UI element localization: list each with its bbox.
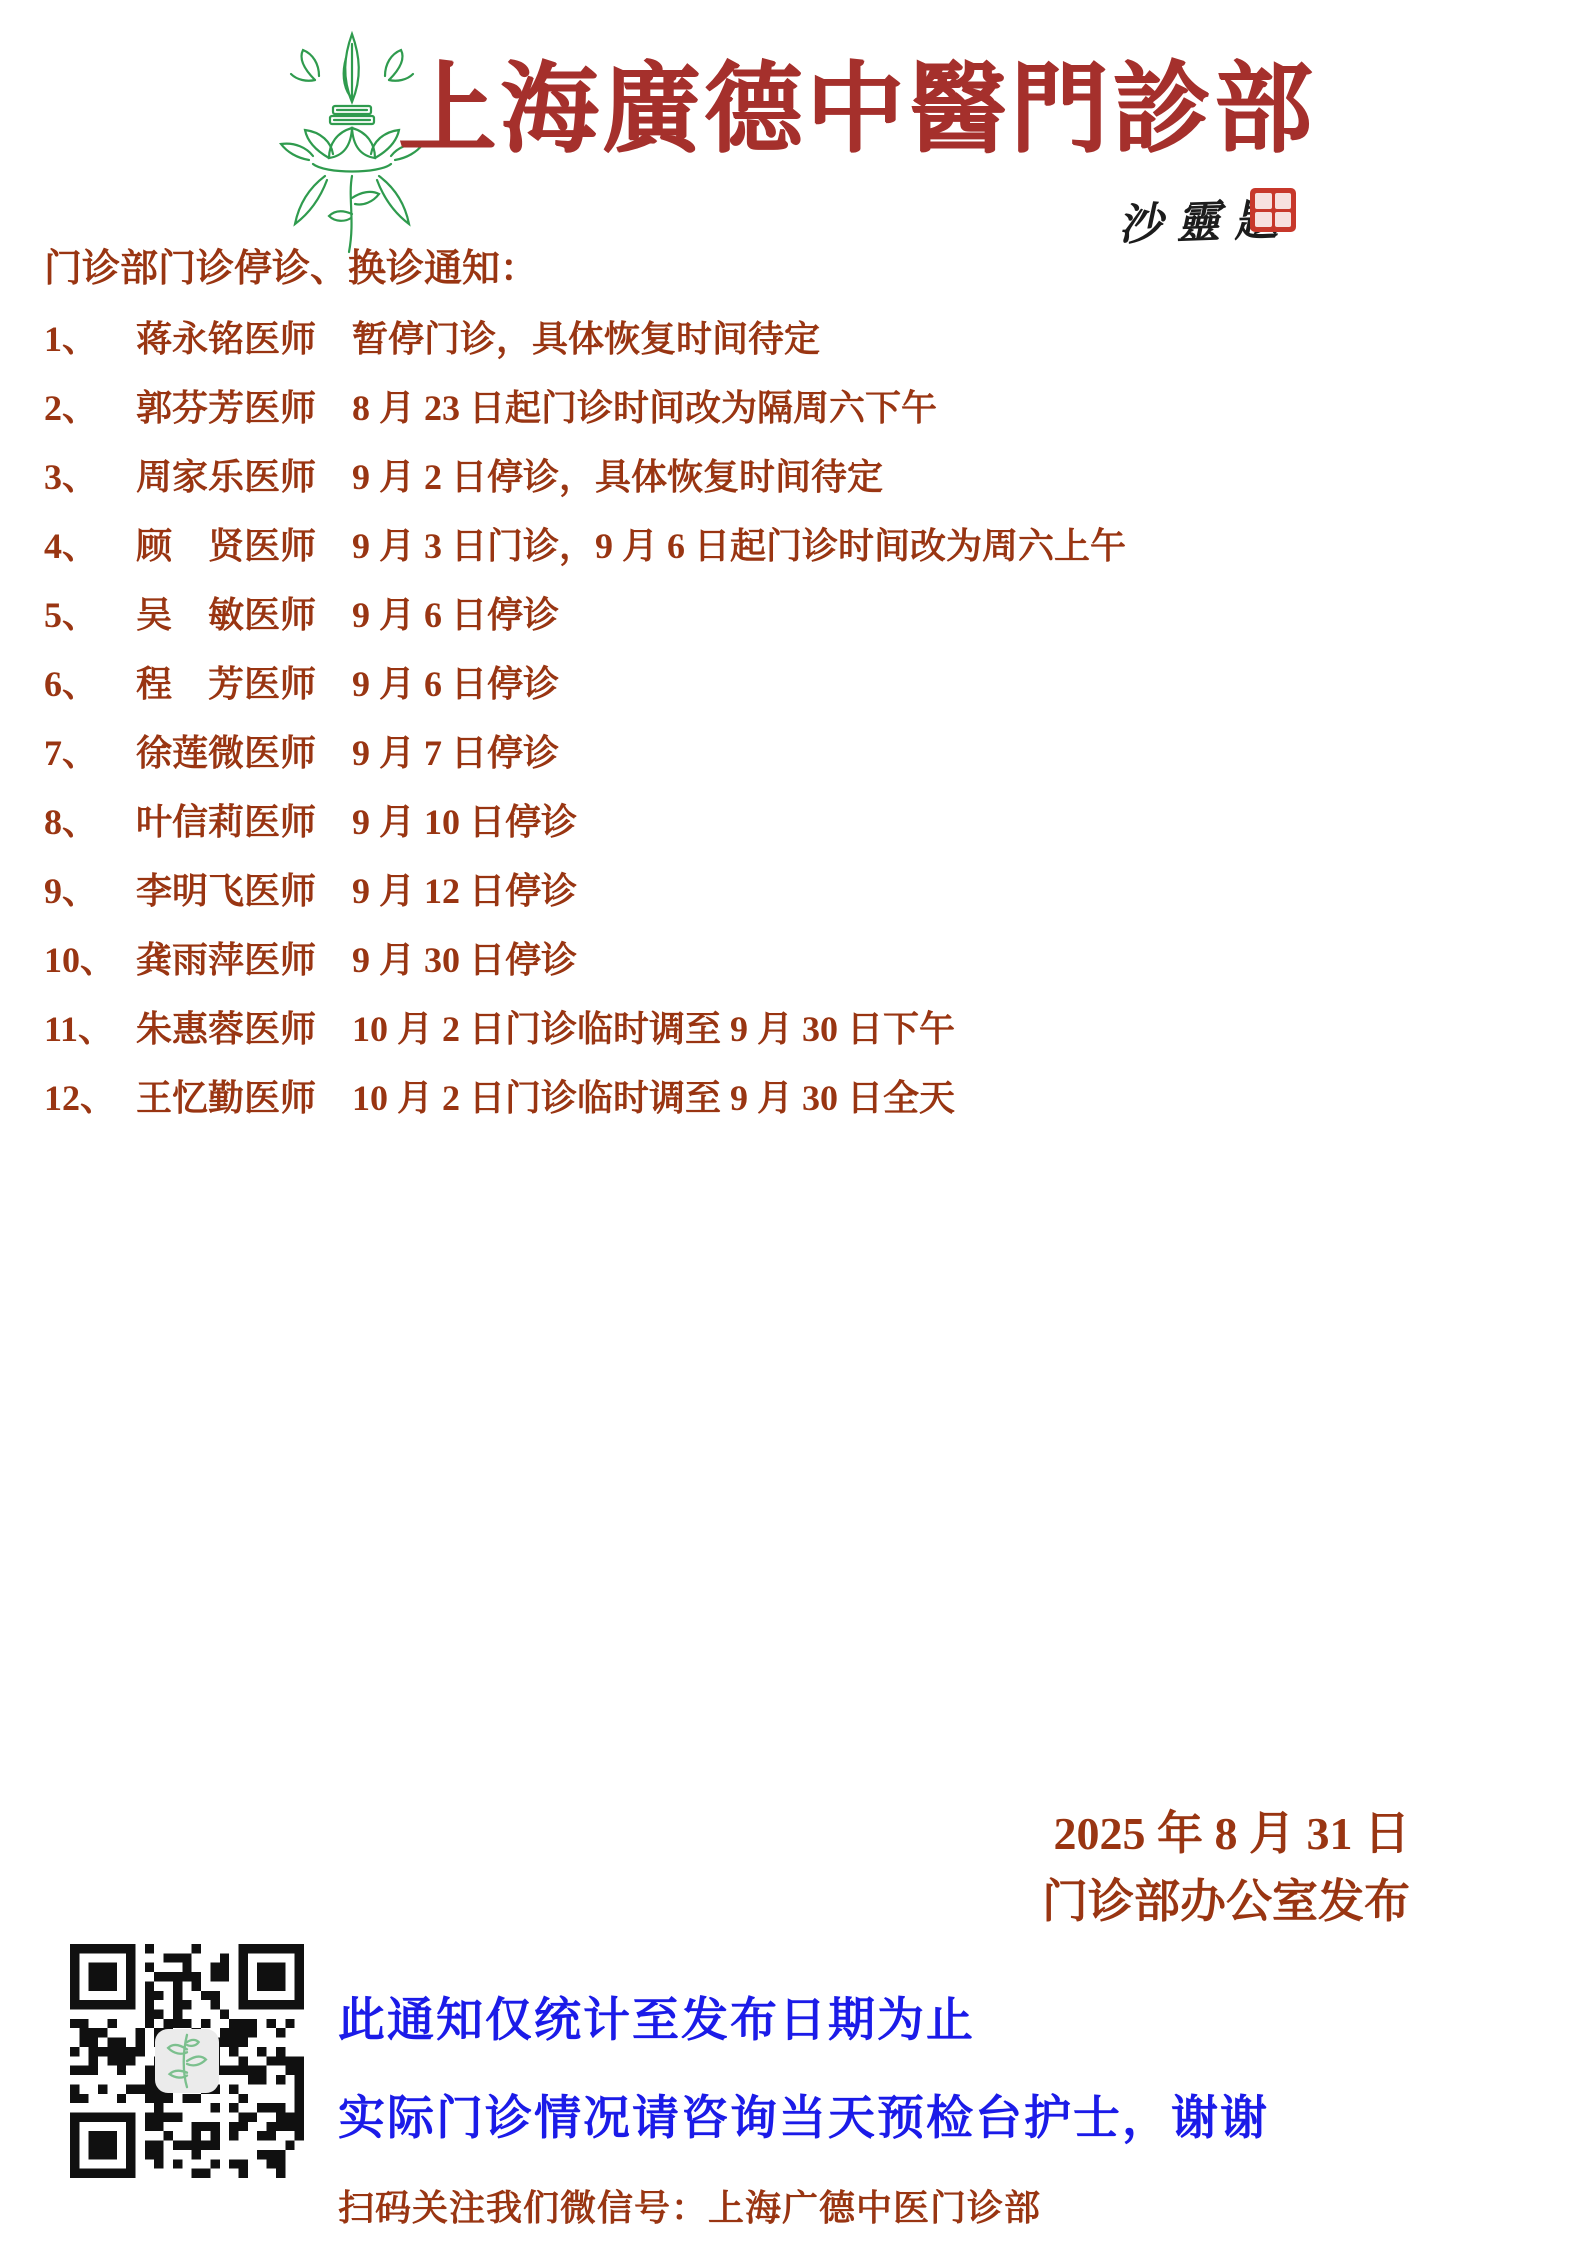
doctor-name: 郭芬芳医师 <box>136 380 352 431</box>
footer-notes: 此通知仅统计至发布日期为止 实际门诊情况请咨询当天预检台护士，谢谢 扫码关注我们… <box>338 1990 1269 2232</box>
schedule-detail: 9 月 12 日停诊 <box>352 863 1554 914</box>
doctor-name: 李明飞医师 <box>136 863 352 914</box>
notice-item: 12、 王忆勤医师 10 月 2 日门诊临时调至 9 月 30 日全天 <box>44 1061 1554 1130</box>
schedule-detail: 10 月 2 日门诊临时调至 9 月 30 日全天 <box>352 1070 1554 1121</box>
calligrapher-seal-stamp <box>1250 188 1296 232</box>
publish-info: 2025 年 8 月 31 日 门诊部办公室发布 <box>1000 1800 1500 1936</box>
publish-office: 门诊部办公室发布 <box>1000 1868 1410 1936</box>
item-number: 11、 <box>44 1001 136 1052</box>
item-number: 7、 <box>44 725 136 776</box>
doctor-name: 程 芳医师 <box>136 656 352 707</box>
footer-note-line2: 实际门诊情况请咨询当天预检台护士，谢谢 <box>338 2088 1269 2148</box>
schedule-detail: 9 月 30 日停诊 <box>352 932 1554 983</box>
footer-note-line1: 此通知仅统计至发布日期为止 <box>338 1990 1269 2050</box>
doctor-name: 顾 贤医师 <box>136 518 352 569</box>
doctor-name: 王忆勤医师 <box>136 1070 352 1121</box>
doctor-name: 吴 敏医师 <box>136 587 352 638</box>
notice-item: 1、 蒋永铭医师 暂停门诊，具体恢复时间待定 <box>44 302 1554 371</box>
doctor-name: 蒋永铭医师 <box>136 311 352 362</box>
schedule-detail: 10 月 2 日门诊临时调至 9 月 30 日下午 <box>352 1001 1554 1052</box>
notice-item: 5、 吴 敏医师 9 月 6 日停诊 <box>44 578 1554 647</box>
qr-logo-sprig-icon <box>155 2029 219 2093</box>
doctor-name: 龚雨萍医师 <box>136 932 352 983</box>
doctor-name: 周家乐医师 <box>136 449 352 500</box>
item-number: 1、 <box>44 311 136 362</box>
schedule-detail: 9 月 6 日停诊 <box>352 656 1554 707</box>
notice-heading: 门诊部门诊停诊、换诊通知： <box>44 244 538 294</box>
item-number: 9、 <box>44 863 136 914</box>
schedule-detail: 9 月 6 日停诊 <box>352 587 1554 638</box>
notice-page: 上海廣德中醫門診部 沙靈題 门诊部门诊停诊、换诊通知： 1、 蒋永铭医师 暂停门… <box>0 0 1588 2245</box>
footer-wechat-line: 扫码关注我们微信号：上海广德中医门诊部 <box>338 2184 1269 2232</box>
schedule-detail: 暂停门诊，具体恢复时间待定 <box>352 311 1554 362</box>
notice-item: 8、 叶信莉医师 9 月 10 日停诊 <box>44 785 1554 854</box>
item-number: 3、 <box>44 449 136 500</box>
notice-item: 7、 徐莲微医师 9 月 7 日停诊 <box>44 716 1554 785</box>
item-number: 5、 <box>44 587 136 638</box>
item-number: 2、 <box>44 380 136 431</box>
wechat-account-name: 上海广德中医门诊部 <box>708 2188 1041 2228</box>
schedule-detail: 8 月 23 日起门诊时间改为隔周六下午 <box>352 380 1554 431</box>
item-number: 6、 <box>44 656 136 707</box>
notice-item: 9、 李明飞医师 9 月 12 日停诊 <box>44 854 1554 923</box>
item-number: 12、 <box>44 1070 136 1121</box>
item-number: 8、 <box>44 794 136 845</box>
notice-item: 11、 朱惠蓉医师 10 月 2 日门诊临时调至 9 月 30 日下午 <box>44 992 1554 1061</box>
schedule-detail: 9 月 2 日停诊，具体恢复时间待定 <box>352 449 1554 500</box>
schedule-detail: 9 月 7 日停诊 <box>352 725 1554 776</box>
schedule-detail: 9 月 10 日停诊 <box>352 794 1554 845</box>
notice-item: 4、 顾 贤医师 9 月 3 日门诊，9 月 6 日起门诊时间改为周六上午 <box>44 509 1554 578</box>
notice-item: 2、 郭芬芳医师 8 月 23 日起门诊时间改为隔周六下午 <box>44 371 1554 440</box>
doctor-name: 朱惠蓉医师 <box>136 1001 352 1052</box>
notice-item: 3、 周家乐医师 9 月 2 日停诊，具体恢复时间待定 <box>44 440 1554 509</box>
wechat-follow-prompt: 扫码关注我们微信号： <box>338 2188 708 2228</box>
item-number: 4、 <box>44 518 136 569</box>
clinic-title: 上海廣德中醫門診部 <box>398 50 1398 170</box>
schedule-detail: 9 月 3 日门诊，9 月 6 日起门诊时间改为周六上午 <box>352 518 1554 569</box>
wechat-qr-code <box>70 1944 304 2178</box>
qr-center-logo <box>155 2029 219 2093</box>
notice-item: 10、 龚雨萍医师 9 月 30 日停诊 <box>44 923 1554 992</box>
notice-list: 1、 蒋永铭医师 暂停门诊，具体恢复时间待定 2、 郭芬芳医师 8 月 23 日… <box>44 302 1554 1130</box>
doctor-name: 徐莲微医师 <box>136 725 352 776</box>
doctor-name: 叶信莉医师 <box>136 794 352 845</box>
item-number: 10、 <box>44 932 136 983</box>
notice-item: 6、 程 芳医师 9 月 6 日停诊 <box>44 647 1554 716</box>
publish-date: 2025 年 8 月 31 日 <box>1000 1800 1410 1868</box>
